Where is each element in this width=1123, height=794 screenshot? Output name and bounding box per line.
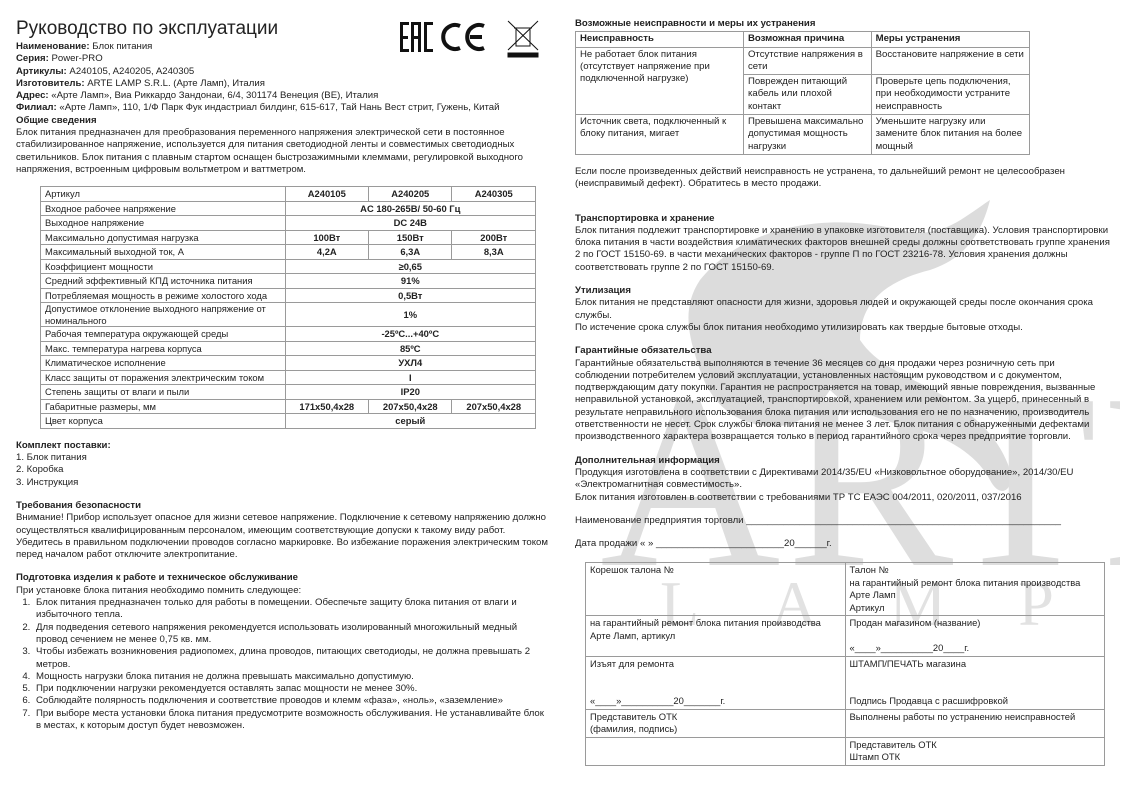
- coupon-line: Выполнены работы по устранению неисправн…: [850, 711, 1101, 724]
- cause-cell: Поврежден питающий кабель или плохой кон…: [743, 75, 871, 115]
- spec-label: Входное рабочее напряжение: [41, 201, 286, 216]
- spec-value: 91%: [285, 274, 535, 289]
- spec-table: АртикулA240105A240205A240305Входное рабо…: [40, 186, 536, 429]
- general-heading: Общие сведения: [16, 115, 551, 127]
- weee-crossed-bin-icon: [508, 21, 538, 57]
- coupon-row: Корешок талона №Талон №на гарантийный ре…: [586, 563, 1105, 616]
- spec-value: DC 24В: [285, 216, 535, 231]
- spec-value: 6,3А: [369, 245, 452, 260]
- package-heading: Комплект поставки:: [16, 440, 551, 452]
- spec-row: Выходное напряжениеDC 24В: [41, 216, 536, 231]
- spec-row: Допустимое отклонение выходного напряжен…: [41, 303, 536, 327]
- cause-cell: Превышена максимально допустимая мощност…: [743, 115, 871, 155]
- cause-cell: Отсутствие напряжения в сети: [743, 47, 871, 75]
- spec-label: Климатическое исполнение: [41, 356, 286, 371]
- spec-label: Степень защиты от влаги и пыли: [41, 385, 286, 400]
- faults-note: Если после произведенных действий неиспр…: [575, 166, 1110, 191]
- coupon-cell-left: [586, 737, 846, 765]
- spec-label: Максимально допустимая нагрузка: [41, 230, 286, 245]
- transport-heading: Транспортировка и хранение: [575, 213, 1110, 225]
- disposal-line-2: По истечение срока службы блок питания н…: [575, 322, 1110, 334]
- spec-value: 207x50,4x28: [452, 399, 536, 414]
- coupon-cell-right: Представитель ОТКШтамп ОТК: [845, 737, 1105, 765]
- product-info-value: ARTE LAMP S.R.L. (Арте Ламп), Италия: [85, 78, 265, 89]
- coupon-line: Арте Ламп: [850, 589, 1101, 602]
- coupon-line: [590, 739, 841, 752]
- coupon-line: Арте Ламп, артикул: [590, 630, 841, 643]
- left-column: Руководство по эксплуатации Наименование…: [16, 18, 551, 732]
- spec-article: A240205: [369, 187, 452, 202]
- spec-label: Класс защиты от поражения электрическим …: [41, 370, 286, 385]
- preparation-item: При выборе места установки блока питания…: [33, 708, 551, 733]
- spec-value: 171x50,4x28: [285, 399, 368, 414]
- safety-text: Внимание! Прибор использует опасное для …: [16, 512, 551, 561]
- spec-row: Климатическое исполнениеУХЛ4: [41, 356, 536, 371]
- product-info-value: «Арте Ламп», 110, 1/Ф Парк Фук индастриа…: [57, 102, 500, 113]
- spec-label: Рабочая температура окружающей среды: [41, 327, 286, 342]
- coupon-line: Корешок талона №: [590, 564, 841, 577]
- spec-value: ≥0,65: [285, 259, 535, 274]
- coupon-line: [850, 683, 1101, 696]
- spec-row: Входное рабочее напряжениеAC 180-265В/ 5…: [41, 201, 536, 216]
- spec-value: I: [285, 370, 535, 385]
- preparation-heading: Подготовка изделия к работе и техническо…: [16, 572, 551, 584]
- coupon-line: на гарантийный ремонт блока питания прои…: [590, 617, 841, 630]
- sale-date-field: Дата продажи « » _______________________…: [575, 538, 1110, 550]
- spec-value: 85ºC: [285, 341, 535, 356]
- spec-value: 0,5Вт: [285, 288, 535, 303]
- disposal-line-1: Блок питания не представляют опасности д…: [575, 297, 1110, 322]
- fix-cell: Уменьшите нагрузку или замените блок пит…: [871, 115, 1029, 155]
- coupon-line: [590, 670, 841, 683]
- coupon-cell-left: Изъят для ремонта «____»__________20____…: [586, 656, 846, 709]
- coupon-line: [590, 683, 841, 696]
- coupon-line: Штамп ОТК: [850, 751, 1101, 764]
- spec-value: 150Вт: [369, 230, 452, 245]
- coupon-line: Продан магазином (название): [850, 617, 1101, 630]
- preparation-item: Мощность нагрузки блока питания не должн…: [33, 671, 551, 683]
- spec-label: Макс. температура нагрева корпуса: [41, 341, 286, 356]
- product-info-label: Артикулы:: [16, 66, 67, 77]
- product-info-value: A240105, A240205, A240305: [67, 66, 195, 77]
- spec-row: Степень защиты от влаги и пылиIP20: [41, 385, 536, 400]
- spec-value: 8,3А: [452, 245, 536, 260]
- trade-name-field: Наименование предприятия торговли ______…: [575, 515, 1110, 527]
- preparation-item: Блок питания предназначен только для раб…: [33, 597, 551, 622]
- package-list: 1. Блок питания2. Коробка3. Инструкция: [16, 452, 551, 489]
- spec-header-row: АртикулA240105A240205A240305: [41, 187, 536, 202]
- faults-heading: Возможные неисправности и меры их устран…: [575, 18, 1110, 30]
- coupon-line: [850, 670, 1101, 683]
- coupon-line: Подпись Продавца с расшифровкой: [850, 695, 1101, 708]
- coupon-row: Изъят для ремонта «____»__________20____…: [586, 656, 1105, 709]
- preparation-item: Соблюдайте полярность подключения и соот…: [33, 695, 551, 707]
- package-item: 2. Коробка: [16, 464, 551, 476]
- coupon-line: Изъят для ремонта: [590, 658, 841, 671]
- spec-article: A240105: [285, 187, 368, 202]
- coupon-line: [850, 630, 1101, 643]
- warranty-coupon: Корешок талона №Талон №на гарантийный ре…: [585, 562, 1105, 766]
- faults-table: НеисправностьВозможная причинаМеры устра…: [575, 31, 1030, 155]
- additional-line-1: Продукция изготовлена в соответствии с Д…: [575, 467, 1110, 492]
- spec-value: IP20: [285, 385, 535, 400]
- fault-cell: Источник света, подключенный к блоку пит…: [576, 115, 744, 155]
- preparation-item: Чтобы избежать возникновения радиопомех,…: [33, 646, 551, 671]
- spec-row: Средний эффективный КПД источника питани…: [41, 274, 536, 289]
- coupon-line: Представитель ОТК: [850, 739, 1101, 752]
- product-info-line: Артикулы: A240105, A240205, A240305: [16, 66, 551, 78]
- coupon-row: на гарантийный ремонт блока питания прои…: [586, 616, 1105, 657]
- spec-label: Допустимое отклонение выходного напряжен…: [41, 303, 286, 327]
- spec-label: Цвет корпуса: [41, 414, 286, 429]
- product-info-label: Изготовитель:: [16, 78, 85, 89]
- spec-value: AC 180-265В/ 50-60 Гц: [285, 201, 535, 216]
- fix-cell: Проверьте цепь подключения, при необходи…: [871, 75, 1029, 115]
- spec-row: Максимальный выходной ток, А4,2А6,3А8,3А: [41, 245, 536, 260]
- preparation-intro: При установке блока питания необходимо п…: [16, 585, 551, 597]
- coupon-cell-right: Выполнены работы по устранению неисправн…: [845, 709, 1105, 737]
- preparation-item: Для подведения сетевого напряжения реком…: [33, 622, 551, 647]
- ce-mark-icon: [443, 25, 484, 49]
- coupon-line: на гарантийный ремонт блока питания прои…: [850, 577, 1101, 590]
- spec-value: 100Вт: [285, 230, 368, 245]
- disposal-heading: Утилизация: [575, 285, 1110, 297]
- coupon-cell-left: Представитель ОТК(фамилия, подпись): [586, 709, 846, 737]
- coupon-line: Талон №: [850, 564, 1101, 577]
- spec-label: Артикул: [41, 187, 286, 202]
- coupon-row: Представитель ОТК(фамилия, подпись)Выпол…: [586, 709, 1105, 737]
- preparation-list: Блок питания предназначен только для раб…: [16, 597, 551, 732]
- coupon-cell-left: на гарантийный ремонт блока питания прои…: [586, 616, 846, 657]
- spec-row: Цвет корпусасерый: [41, 414, 536, 429]
- product-info-line: Филиал: «Арте Ламп», 110, 1/Ф Парк Фук и…: [16, 102, 551, 114]
- coupon-line: ШТАМП/ПЕЧАТЬ магазина: [850, 658, 1101, 671]
- faults-column-header: Неисправность: [576, 32, 744, 47]
- package-item: 1. Блок питания: [16, 452, 551, 464]
- spec-label: Габаритные размеры, мм: [41, 399, 286, 414]
- fault-cell: Не работает блок питания (отсутствует на…: [576, 47, 744, 114]
- faults-column-header: Меры устранения: [871, 32, 1029, 47]
- spec-row: Класс защиты от поражения электрическим …: [41, 370, 536, 385]
- coupon-cell-right: Талон №на гарантийный ремонт блока питан…: [845, 563, 1105, 616]
- spec-article: A240305: [452, 187, 536, 202]
- coupon-line: (фамилия, подпись): [590, 723, 841, 736]
- certification-logos: [398, 18, 548, 60]
- preparation-item: При подключении нагрузки рекомендуется о…: [33, 683, 551, 695]
- spec-value: 207x50,4x28: [369, 399, 452, 414]
- spec-row: Максимально допустимая нагрузка100Вт150В…: [41, 230, 536, 245]
- product-info-label: Филиал:: [16, 102, 57, 113]
- spec-value: серый: [285, 414, 535, 429]
- additional-line-2: Блок питания изготовлен в соответствии с…: [575, 492, 1110, 504]
- warranty-heading: Гарантийные обязательства: [575, 345, 1110, 357]
- faults-column-header: Возможная причина: [743, 32, 871, 47]
- coupon-cell-right: Продан магазином (название) «____»______…: [845, 616, 1105, 657]
- spec-value: 4,2А: [285, 245, 368, 260]
- warranty-text: Гарантийные обязательства выполняются в …: [575, 358, 1110, 444]
- faults-row: Не работает блок питания (отсутствует на…: [576, 47, 1030, 75]
- fix-cell: Восстановите напряжение в сети: [871, 47, 1029, 75]
- product-info-value: Блок питания: [90, 41, 153, 52]
- coupon-cell-left: Корешок талона №: [586, 563, 846, 616]
- spec-row: Габаритные размеры, мм171x50,4x28207x50,…: [41, 399, 536, 414]
- spec-label: Потребляемая мощность в режиме холостого…: [41, 288, 286, 303]
- coupon-cell-right: ШТАМП/ПЕЧАТЬ магазина Подпись Продавца с…: [845, 656, 1105, 709]
- coupon-line: «____»__________20_______г.: [590, 695, 841, 708]
- package-item: 3. Инструкция: [16, 477, 551, 489]
- spec-row: Макс. температура нагрева корпуса85ºC: [41, 341, 536, 356]
- coupon-row: Представитель ОТКШтамп ОТК: [586, 737, 1105, 765]
- eac-mark-icon: [400, 22, 433, 52]
- coupon-line: Артикул: [850, 602, 1101, 615]
- spec-value: 200Вт: [452, 230, 536, 245]
- product-info-line: Адрес: «Арте Ламп», Виа Риккардо Зандона…: [16, 90, 551, 102]
- safety-heading: Требования безопасности: [16, 500, 551, 512]
- transport-text: Блок питания подлежит транспортировке и …: [575, 225, 1110, 274]
- spec-row: Рабочая температура окружающей среды-25º…: [41, 327, 536, 342]
- faults-row: Источник света, подключенный к блоку пит…: [576, 115, 1030, 155]
- spec-label: Коэффициент мощности: [41, 259, 286, 274]
- additional-heading: Дополнительная информация: [575, 455, 1110, 467]
- spec-label: Максимальный выходной ток, А: [41, 245, 286, 260]
- coupon-line: Представитель ОТК: [590, 711, 841, 724]
- product-info-line: Изготовитель: ARTE LAMP S.R.L. (Арте Лам…: [16, 78, 551, 90]
- general-text: Блок питания предназначен для преобразов…: [16, 127, 551, 176]
- coupon-line: «____»__________20____г.: [850, 642, 1101, 655]
- spec-row: Потребляемая мощность в режиме холостого…: [41, 288, 536, 303]
- product-info-label: Серия:: [16, 53, 49, 64]
- product-info-label: Адрес:: [16, 90, 49, 101]
- spec-label: Средний эффективный КПД источника питани…: [41, 274, 286, 289]
- right-column: Возможные неисправности и меры их устран…: [575, 18, 1110, 766]
- product-info-label: Наименование:: [16, 41, 90, 52]
- spec-row: Коэффициент мощности≥0,65: [41, 259, 536, 274]
- product-info-value: Power-PRO: [49, 53, 103, 64]
- spec-label: Выходное напряжение: [41, 216, 286, 231]
- spec-value: УХЛ4: [285, 356, 535, 371]
- spec-value: -25ºC...+40ºC: [285, 327, 535, 342]
- product-info-value: «Арте Ламп», Виа Риккардо Зандонаи, 6/4,…: [49, 90, 379, 101]
- spec-value: 1%: [285, 303, 535, 327]
